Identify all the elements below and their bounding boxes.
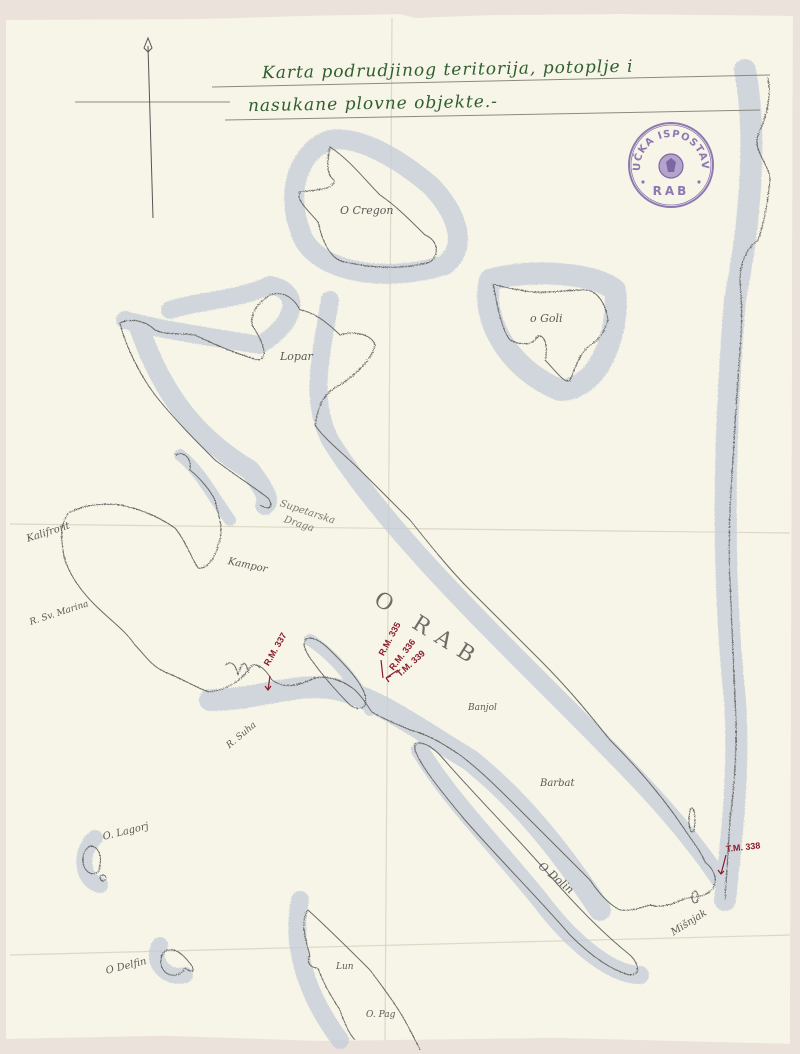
north-arrow-icon xyxy=(144,38,153,218)
label-lun: Lun xyxy=(336,962,354,972)
coastal-shading xyxy=(84,70,751,1040)
label-banjol: Banjol xyxy=(468,703,497,713)
label-goli: o Goli xyxy=(530,312,563,325)
label-cregon: O Cregon xyxy=(340,204,393,217)
label-lopar: Lopar xyxy=(280,350,313,363)
label-pag: O. Pag xyxy=(366,1010,395,1020)
island-rab-north-outline xyxy=(120,294,715,907)
stamp-bottom-text: RAB xyxy=(626,184,716,198)
label-barbat: Barbat xyxy=(540,778,574,789)
official-stamp: LUČKA ISPOSTAVA RAB xyxy=(626,120,716,210)
